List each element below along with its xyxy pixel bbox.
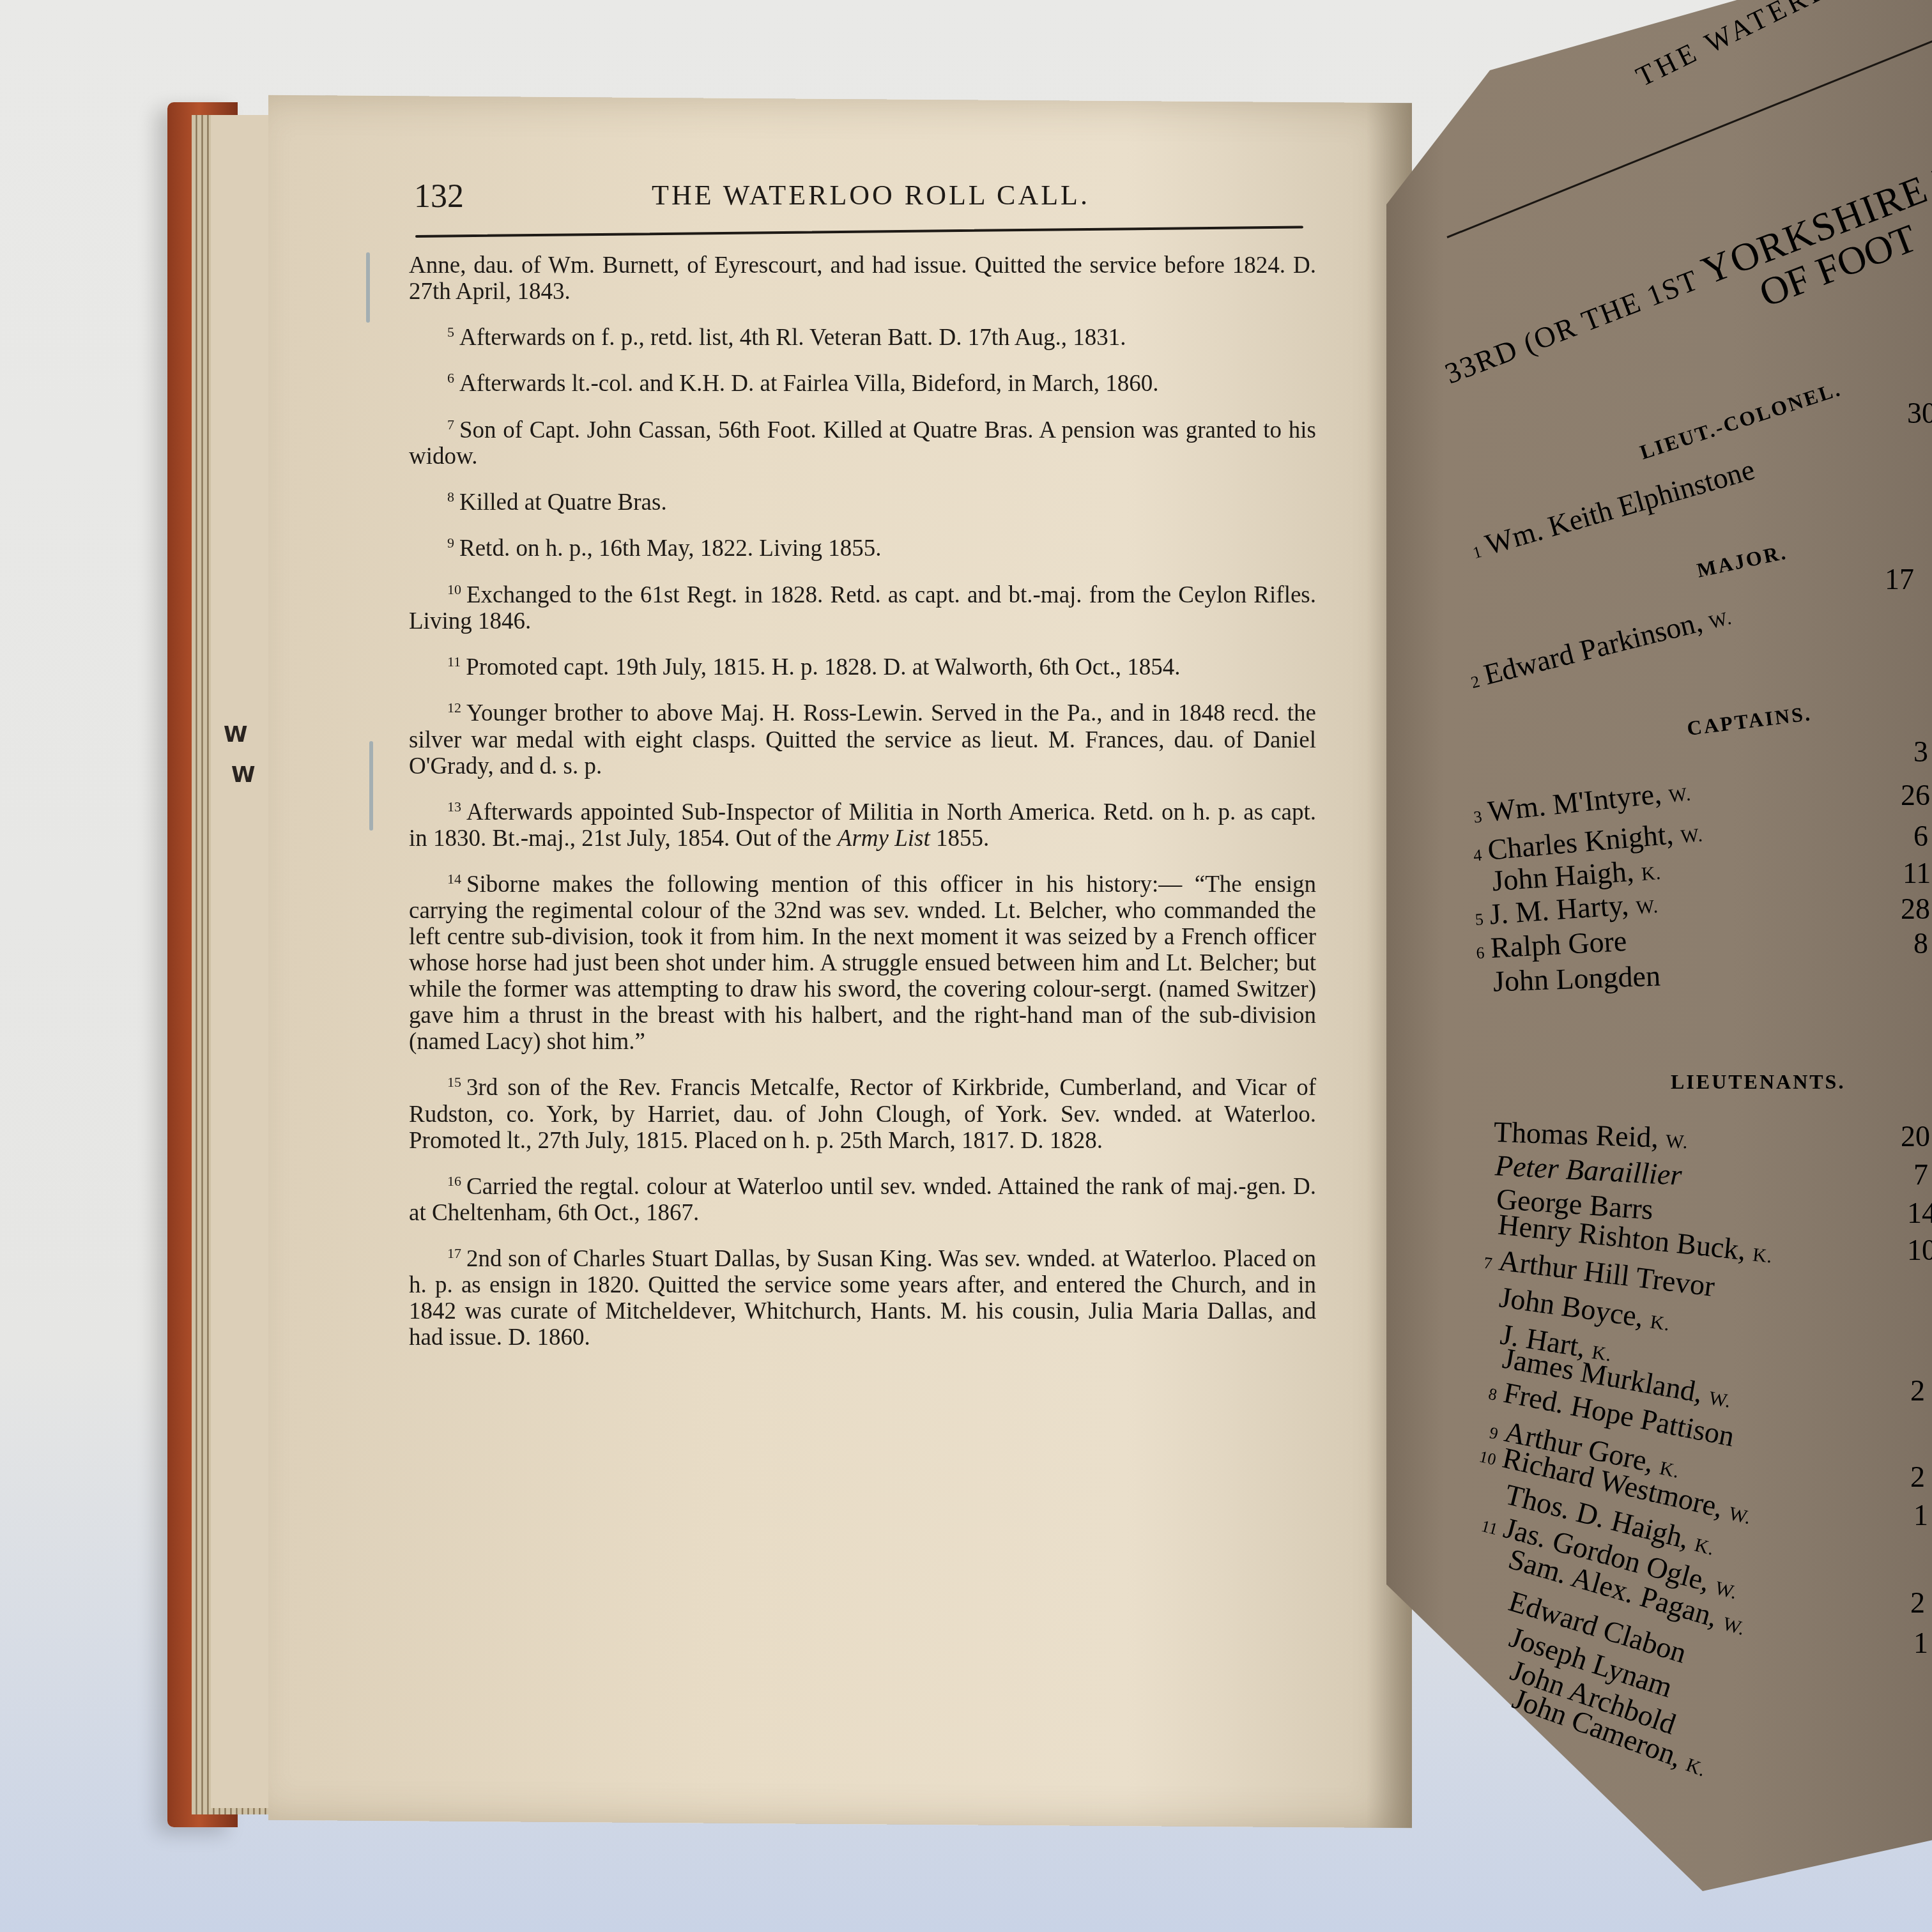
footnote: 172nd son of Charles Stuart Dallas, by S…	[409, 1240, 1316, 1351]
officer-status: K.	[1641, 862, 1662, 885]
officer-status: K.	[1752, 1244, 1774, 1267]
footnote: 11Promoted capt. 19th July, 1815. H. p. …	[409, 648, 1316, 680]
officer-date: 2	[1910, 1460, 1925, 1494]
footnote-text: Carried the regtal. colour at Waterloo u…	[409, 1174, 1316, 1226]
footnote: 10Exchanged to the 61st Regt. in 1828. R…	[409, 576, 1316, 634]
officer-footnote-ref: 3	[1473, 808, 1483, 827]
officer-status: W.	[1707, 1388, 1733, 1413]
footnote-number: 16	[447, 1173, 461, 1189]
footnote-text: Siborne makes the following mention of t…	[409, 871, 1316, 1055]
footnote-number: 13	[447, 799, 461, 815]
officer-footnote-ref: 4	[1473, 846, 1482, 865]
footnote-text: Killed at Quatre Bras.	[459, 489, 667, 516]
officer-footnote-ref: 7	[1483, 1253, 1493, 1273]
officer-date: 26	[1901, 778, 1930, 812]
officer-date: 30	[1907, 396, 1932, 430]
footnote-number: 7	[447, 417, 454, 433]
running-head: THE WATERLOO ROLL CALL.	[652, 179, 1090, 211]
officer-status: K.	[1649, 1312, 1671, 1335]
page-number: 132	[414, 178, 464, 215]
footnote-number: 12	[447, 700, 461, 716]
officer-status: W.	[1707, 608, 1734, 634]
footnote-text: 2nd son of Charles Stuart Dallas, by Sus…	[409, 1246, 1316, 1351]
rank-heading: LIEUTENANTS.	[1671, 1070, 1845, 1094]
footnotes-list: Anne, dau. of Wm. Burnett, of Eyrescourt…	[409, 252, 1316, 1365]
officer-date: 8	[1913, 926, 1928, 960]
officer-status: W.	[1727, 1503, 1754, 1528]
footnote-italic: Army List	[838, 825, 930, 852]
footnote-text: Younger brother to above Maj. H. Ross-Le…	[409, 701, 1316, 779]
footnote-number: 14	[447, 871, 461, 887]
footnote-number: 10	[447, 581, 461, 597]
officer-date: 28	[1901, 892, 1930, 926]
footnote-text: Son of Capt. John Cassan, 56th Foot. Kil…	[409, 417, 1316, 470]
footnote-text: 3rd son of the Rev. Francis Metcalfe, Re…	[409, 1075, 1316, 1154]
footnote-text: Exchanged to the 61st Regt. in 1828. Ret…	[409, 582, 1316, 634]
footnote: 12Younger brother to above Maj. H. Ross-…	[409, 694, 1316, 779]
officer-date: 7	[1913, 1158, 1928, 1192]
officer-name: John Longden	[1492, 959, 1661, 997]
pencil-mark	[369, 741, 373, 831]
officer-date: 2	[1910, 1586, 1925, 1620]
officer-status: W.	[1667, 783, 1692, 806]
officer-date: 14	[1907, 1196, 1932, 1230]
officer-status: W.	[1666, 1131, 1689, 1153]
footnote-number: 11	[447, 654, 461, 670]
footnote-number: 5	[447, 324, 454, 340]
officer-date: 1	[1913, 1498, 1928, 1532]
officer-date: 3	[1913, 735, 1928, 769]
pencil-mark	[366, 252, 370, 323]
footnote-text: 1855.	[930, 825, 990, 852]
footnote: 16Carried the regtal. colour at Waterloo…	[409, 1168, 1316, 1226]
officer-date: 11	[1903, 856, 1931, 890]
officer-entry: John Longden	[1492, 958, 1661, 998]
footnote-text: Promoted capt. 19th July, 1815. H. p. 18…	[466, 654, 1180, 680]
footnote-number: 6	[447, 370, 454, 386]
footnote: 9Retd. on h. p., 16th May, 1822. Living …	[409, 530, 1316, 562]
officer-date: 10	[1907, 1233, 1932, 1267]
officer-footnote-ref: 6	[1476, 944, 1485, 963]
footnote-number: 8	[447, 489, 454, 505]
officer-name: Ralph Gore	[1490, 924, 1628, 964]
officer-footnote-ref: 5	[1475, 910, 1484, 929]
officer-date: 17	[1885, 562, 1914, 596]
footnote: 14Siborne makes the following mention of…	[409, 866, 1316, 1055]
officer-date: 20	[1901, 1119, 1930, 1153]
officer-date: 1	[1913, 1626, 1928, 1660]
officer-status: W.	[1636, 896, 1659, 918]
officer-date: 6	[1913, 819, 1928, 853]
margin-handwritten-note: W	[231, 762, 256, 788]
officer-name: Thomas Reid,	[1493, 1115, 1659, 1154]
footnote: 5Afterwards on f. p., retd. list, 4th Rl…	[409, 319, 1316, 351]
footnote-text: Retd. on h. p., 16th May, 1822. Living 1…	[459, 536, 882, 562]
footnote-text: Afterwards on f. p., retd. list, 4th Rl.…	[459, 325, 1126, 351]
footnote: 153rd son of the Rev. Francis Metcalfe, …	[409, 1069, 1316, 1153]
footnote-number: 17	[447, 1245, 461, 1261]
footnote-number: 15	[447, 1074, 461, 1090]
footnote-text: Anne, dau. of Wm. Burnett, of Eyrescourt…	[409, 252, 1316, 305]
footnote: Anne, dau. of Wm. Burnett, of Eyrescourt…	[409, 252, 1316, 305]
footnote: 6Afterwards lt.-col. and K.H. D. at Fair…	[409, 365, 1316, 397]
officer-status: W.	[1680, 824, 1704, 847]
footnote-text: Afterwards lt.-col. and K.H. D. at Fairl…	[459, 371, 1158, 397]
footnote: 13Afterwards appointed Sub-Inspector of …	[409, 793, 1316, 852]
margin-handwritten-note: W	[224, 722, 248, 747]
footnote: 8Killed at Quatre Bras.	[409, 484, 1316, 516]
footnote: 7Son of Capt. John Cassan, 56th Foot. Ki…	[409, 411, 1316, 470]
officer-footnote-ref: 10	[1478, 1447, 1498, 1469]
officer-date: 2	[1910, 1374, 1925, 1407]
footnote-number: 9	[447, 535, 454, 551]
